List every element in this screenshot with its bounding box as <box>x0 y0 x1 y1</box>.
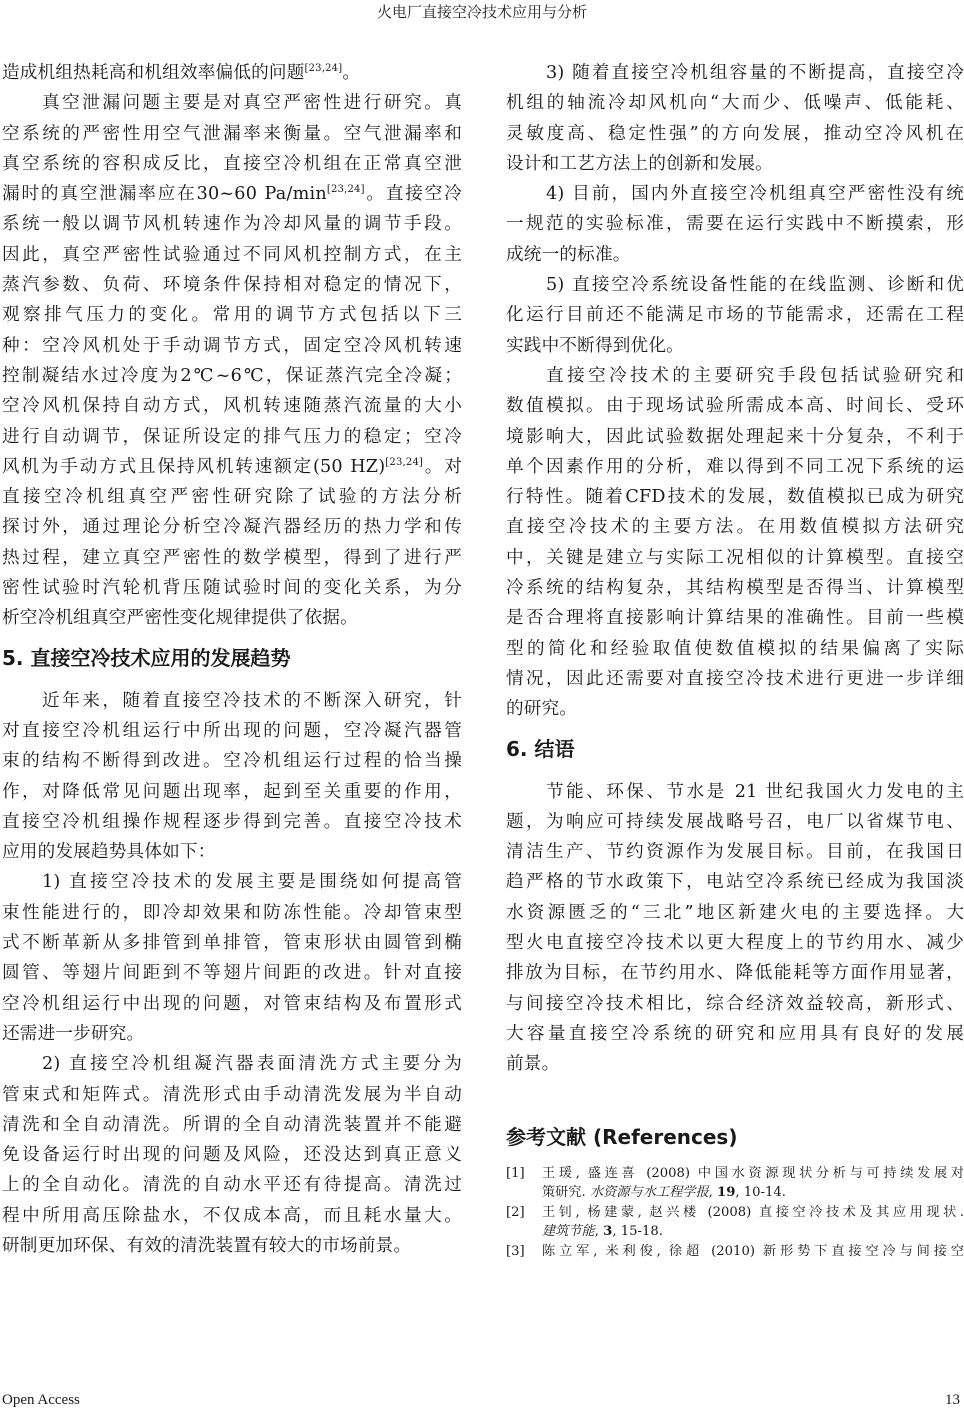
paragraph-line: 情况，因此还需要对直接空冷技术进行更进一步详细 <box>506 664 964 694</box>
list-item-line: 还需进一步研究。 <box>2 1019 462 1049</box>
paragraph-line: 对直接空冷机组运行中所出现的问题，空冷凝汽器管 <box>2 716 462 746</box>
citation[interactable]: [23,24] <box>385 457 423 468</box>
list-item-line: 圆管、等翅片间距到不等翅片间距的改进。针对直接 <box>2 958 462 988</box>
paragraph-line: 直接空冷技术的主要研究手段包括试验研究和 <box>506 361 964 391</box>
list-item-line: 化运行目前还不能满足市场的节能需求，还需在工程 <box>506 300 964 330</box>
paragraph-line: 冷系统的结构复杂，其结构模型是否得当、计算模型 <box>506 573 964 603</box>
paragraph-line: 应用的发展趋势具体如下： <box>2 837 462 867</box>
section-heading-6: 6. 结语 <box>506 734 964 764</box>
section-heading-5: 5. 直接空冷技术应用的发展趋势 <box>2 643 462 673</box>
list-item-line: 5) 直接空冷系统设备性能的在线监测、诊断和优 <box>506 270 964 300</box>
volume: 19 <box>717 1185 735 1200</box>
paragraph-line: 境影响大，因此试验数据处理起来十分复杂，不利于 <box>506 422 964 452</box>
paragraph-line: 直接空冷技术的主要方法。在用数值模拟方法研究 <box>506 512 964 542</box>
right-column: 3) 随着直接空冷机组容量的不断提高，直接空冷 机组的轴流冷却风机向“大而少、低… <box>506 58 964 1261</box>
paragraph-line: 行特性。随着CFD技术的发展，数值模拟已成为研究 <box>506 482 964 512</box>
paragraph-line: 观察排气压力的变化。常用的调节方式包括以下三 <box>2 300 462 330</box>
paragraph-line: 系统一般以调节风机转速作为冷却风量的调节手段。 <box>2 209 462 239</box>
reference-number: [3] <box>506 1242 542 1262</box>
paragraph-line: 风机为手动方式且保持风机转速额定(50 HZ)[23,24]。对 <box>2 452 462 482</box>
paragraph-line: 中，关键是建立与实际工况相似的计算模型。直接空 <box>506 543 964 573</box>
paragraph-line: 真空泄漏问题主要是对真空严密性进行研究。真 <box>2 88 462 118</box>
paragraph-line: 空冷风机保持自动方式，风机转速随蒸汽流量的大小 <box>2 391 462 421</box>
paragraph-line: 与间接空冷技术相比，综合经济效益较高，新形式、 <box>506 989 964 1019</box>
list-item-line: 设计和工艺方法上的创新和发展。 <box>506 149 964 179</box>
paragraph-line: 控制凝结水过冷度为2℃~6℃，保证蒸汽完全冷凝； <box>2 361 462 391</box>
list-item-line: 1) 直接空冷技术的发展主要是围绕如何提高管 <box>2 867 462 897</box>
reference-line: 王钊, 杨建蒙, 赵兴楼 (2008) 直接空冷技术及其应用现状. <box>542 1203 964 1223</box>
list-item-line: 研制更加环保、有效的清洗装置有较大的市场前景。 <box>2 1231 462 1261</box>
paragraph-line: 水资源匮乏的“三北”地区新建火电的主要选择。大 <box>506 898 964 928</box>
list-item-line: 束性能进行的，即冷却效果和防冻性能。冷却管束型 <box>2 898 462 928</box>
left-column: 造成机组热耗高和机组效率偏低的问题[23,24]。 真空泄漏问题主要是对真空严密… <box>2 58 462 1261</box>
paragraph-line: 是否合理将直接影响计算结果的准确性。目前一些模 <box>506 603 964 633</box>
page-number: 13 <box>945 1392 960 1409</box>
reference-line: 建筑节能, 3, 15-18. <box>542 1222 964 1242</box>
reference-line: 王瑗, 盛连喜 (2008) 中国水资源现状分析与可持续发展对 <box>542 1164 964 1184</box>
paragraph-line: 种：空冷风机处于手动调节方式，固定空冷风机转速 <box>2 331 462 361</box>
journal-name: 建筑节能 <box>542 1224 595 1239</box>
list-item-line: 机组的轴流冷却风机向“大而少、低噪声、低能耗、 <box>506 88 964 118</box>
paragraph-line: 蒸汽参数、负荷、环境条件保持相对稳定的情况下， <box>2 270 462 300</box>
paragraph-line: 清洁生产、节约资源作为发展目标。目前，在我国日 <box>506 837 964 867</box>
list-item-line: 2) 直接空冷机组凝汽器表面清洗方式主要分为 <box>2 1049 462 1079</box>
list-item-line: 3) 随着直接空冷机组容量的不断提高，直接空冷 <box>506 58 964 88</box>
paragraph-line: 真空系统的容积成反比，直接空冷机组在正常真空泄 <box>2 149 462 179</box>
paragraph-line: 排放为目标，在节约用水、降低能耗等方面作用显著， <box>506 958 964 988</box>
running-header: 火电厂直接空冷技术应用与分析 <box>0 1 964 23</box>
paragraph-line: 数值模拟。由于现场试验所需成本高、时间长、受环 <box>506 391 964 421</box>
paragraph-line: 趋严格的节水政策下，电站空冷系统已经成为我国淡 <box>506 867 964 897</box>
paragraph-line: 的研究。 <box>506 694 964 724</box>
paragraph-line: 型的简化和经验取值使数值模拟的结果偏离了实际 <box>506 634 964 664</box>
list-item-line: 成统一的标准。 <box>506 240 964 270</box>
paragraph-line: 大容量直接空冷系统的研究和应用具有良好的发展 <box>506 1019 964 1049</box>
paragraph-line: 近年来，随着直接空冷技术的不断深入研究，针 <box>2 686 462 716</box>
footer-open-access: Open Access <box>2 1392 80 1409</box>
list-item-line: 免设备运行时出现的问题及风险，还没达到真正意义 <box>2 1140 462 1170</box>
list-item-line: 管束式和矩阵式。清洗形式由手动清洗发展为半自动 <box>2 1080 462 1110</box>
paragraph-line: 束的结构不断得到改进。空冷机组运行过程的恰当操 <box>2 746 462 776</box>
reference-number: [1] <box>506 1164 542 1203</box>
paragraph-line: 进行自动调节，保证所设定的排气压力的稳定；空冷 <box>2 422 462 452</box>
list-item-line: 灵敏度高、稳定性强”的方向发展，推动空冷风机在 <box>506 119 964 149</box>
citation[interactable]: [23,24] <box>327 184 365 195</box>
list-item-line: 清洗和全自动清洗。所谓的全自动清洗装置并不能避 <box>2 1110 462 1140</box>
paragraph-line: 直接空冷机组真空严密性研究除了试验的方法分析 <box>2 482 462 512</box>
volume: 3 <box>603 1224 612 1239</box>
list-item-line: 程中所用高压除盐水，不仅成本高，而且耗水量大。 <box>2 1201 462 1231</box>
paragraph-line: 空系统的严密性用空气泄漏率来衡量。空气泄漏率和 <box>2 119 462 149</box>
references-heading: 参考文献 (References) <box>506 1122 964 1152</box>
paragraph-line: 探讨外，通过理论分析空冷凝汽器经历的热力学和传 <box>2 512 462 542</box>
reference-number: [2] <box>506 1203 542 1242</box>
reference-item-3: [3] 陈立军, 米利俊, 徐超 (2010) 新形势下直接空冷与间接空 <box>506 1242 964 1262</box>
list-item-line: 式不断革新从多排管到单排管，管束形状由圆管到椭 <box>2 928 462 958</box>
reference-line: 陈立军, 米利俊, 徐超 (2010) 新形势下直接空冷与间接空 <box>542 1242 964 1262</box>
paragraph-line: 造成机组热耗高和机组效率偏低的问题[23,24]。 <box>2 58 462 88</box>
paragraph-line: 密性试验时汽轮机背压随试验时间的变化关系，为分 <box>2 573 462 603</box>
paragraph-line: 热过程，建立真空严密性的数学模型，得到了进行严 <box>2 543 462 573</box>
paragraph-line: 题，为响应可持续发展战略号召，电厂以省煤节电、 <box>506 807 964 837</box>
list-item-line: 上的全自动化。清洗的自动水平还有待提高。清洗过 <box>2 1170 462 1200</box>
paragraph-line: 漏时的真空泄漏率应在30~60 Pa/min[23,24]。直接空冷 <box>2 179 462 209</box>
list-item-line: 4) 目前，国内外直接空冷机组真空严密性没有统 <box>506 179 964 209</box>
reference-item-1: [1] 王瑗, 盛连喜 (2008) 中国水资源现状分析与可持续发展对 策研究.… <box>506 1164 964 1203</box>
paragraph-line: 前景。 <box>506 1049 964 1079</box>
paragraph-line: 型火电直接空冷技术以更大程度上的节约用水、减少 <box>506 928 964 958</box>
journal-name: 水资源与水工程学报 <box>590 1185 709 1200</box>
list-item-line: 实践中不断得到优化。 <box>506 331 964 361</box>
paragraph-line: 单个因素作用的分析，难以得到不同工况下系统的运 <box>506 452 964 482</box>
paragraph-line: 因此，真空严密性试验通过不同风机控制方式，在主 <box>2 240 462 270</box>
reference-line: 策研究. 水资源与水工程学报, 19, 10-14. <box>542 1183 964 1203</box>
reference-item-2: [2] 王钊, 杨建蒙, 赵兴楼 (2008) 直接空冷技术及其应用现状. 建筑… <box>506 1203 964 1242</box>
paragraph-line: 直接空冷机组操作规程逐步得到完善。直接空冷技术 <box>2 807 462 837</box>
list-item-line: 空冷机组运行中出现的问题，对管束结构及布置形式 <box>2 989 462 1019</box>
list-item-line: 一规范的实验标准，需要在运行实践中不断摸索，形 <box>506 209 964 239</box>
citation[interactable]: [23,24] <box>305 63 343 74</box>
paragraph-line: 节能、环保、节水是 21 世纪我国火力发电的主 <box>506 777 964 807</box>
paragraph-line: 析空冷机组真空严密性变化规律提供了依据。 <box>2 603 462 633</box>
paragraph-line: 作，对降低常见问题出现率，起到至关重要的作用， <box>2 777 462 807</box>
